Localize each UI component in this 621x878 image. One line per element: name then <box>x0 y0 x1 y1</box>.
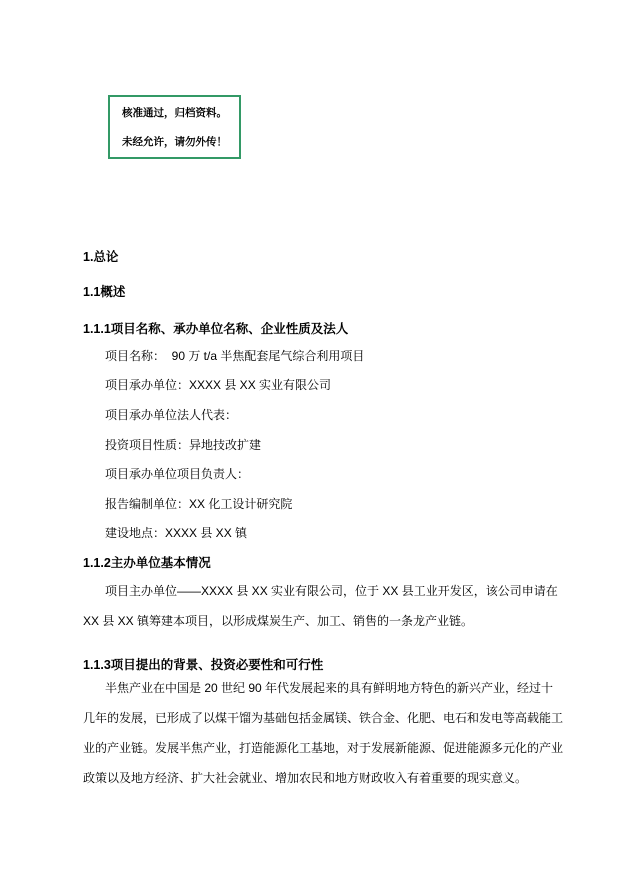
info-line-construction-site: 建设地点：XXXX 县 XX 镇 <box>105 524 247 541</box>
approval-stamp-box: 核准通过，归档资料。 未经允许，请勿外传！ <box>108 95 241 159</box>
heading-1-general: 1.总论 <box>83 247 118 265</box>
info-line-project-nature: 投资项目性质：异地技改扩建 <box>105 436 261 453</box>
document-page: 核准通过，归档资料。 未经允许，请勿外传！ 1.总论 1.1概述 1.1.1项目… <box>0 0 621 878</box>
info-line-project-leader: 项目承办单位项目负责人： <box>105 465 249 482</box>
stamp-line-no-distribution: 未经允许，请勿外传！ <box>122 134 227 149</box>
info-line-report-preparer: 报告编制单位：XX 化工设计研究院 <box>105 495 292 512</box>
info-line-project-name: 项目名称： 90 万 t/a 半焦配套尾气综合利用项目 <box>105 347 364 364</box>
heading-1-1-overview: 1.1概述 <box>83 282 125 300</box>
heading-1-1-2-organizer-basics: 1.1.2主办单位基本情况 <box>83 553 211 571</box>
paragraph-organizer-description: 项目主办单位——XXXX 县 XX 实业有限公司，位于 XX 县工业开发区，该公… <box>83 576 563 636</box>
stamp-line-approved: 核准通过，归档资料。 <box>122 105 227 120</box>
paragraph-background-description: 半焦产业在中国是 20 世纪 90 年代发展起来的具有鲜明地方特色的新兴产业，经… <box>83 673 563 793</box>
heading-1-1-3-background-feasibility: 1.1.3项目提出的背景、投资必要性和可行性 <box>83 655 323 673</box>
info-line-undertaking-unit: 项目承办单位：XXXX 县 XX 实业有限公司 <box>105 376 331 393</box>
info-line-legal-representative: 项目承办单位法人代表： <box>105 406 237 423</box>
heading-1-1-1-project-names: 1.1.1项目名称、承办单位名称、企业性质及法人 <box>83 319 348 337</box>
